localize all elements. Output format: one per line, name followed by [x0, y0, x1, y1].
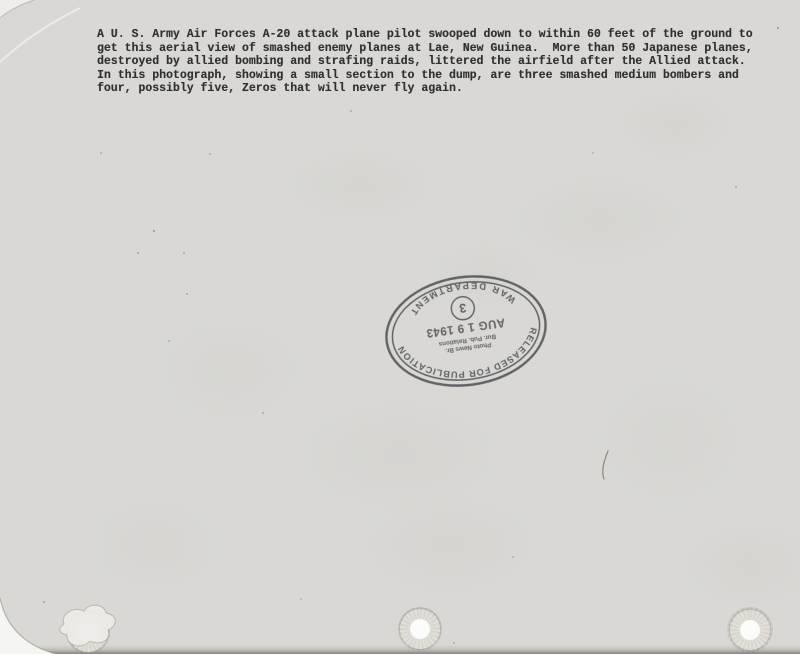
- bottom-edge-shadow: [0, 645, 800, 654]
- punch-hole-left: [66, 610, 110, 654]
- punch-hole-center: [398, 607, 442, 651]
- bottom-left-edge-line: [0, 598, 56, 654]
- paper-speck: [137, 252, 139, 254]
- paper-stain: [60, 470, 250, 620]
- paper-speck: [350, 110, 352, 112]
- paper-stain: [650, 500, 800, 630]
- bottom-left-edge-backing: [0, 598, 56, 654]
- paper-speck: [300, 598, 302, 600]
- paper-speck: [168, 340, 170, 342]
- punch-hole-right: [727, 607, 773, 653]
- stamp-ink: RELEASED FOR PUBLICATION WAR DEPARTMENT …: [379, 266, 552, 395]
- paper-stain: [250, 130, 470, 240]
- caption-line: four, possibly five, Zeros that will nev…: [97, 82, 753, 96]
- corner-curl-line: [0, 0, 34, 18]
- paper-speck: [262, 412, 264, 414]
- caption-line: get this aerial view of smashed enemy pl…: [97, 42, 753, 56]
- paper-speck: [183, 252, 185, 254]
- caption-line: In this photograph, showing a small sect…: [97, 69, 753, 83]
- corner-crease-line: [0, 8, 80, 62]
- stamp-number: 3: [458, 300, 467, 315]
- paper-speck: [777, 27, 779, 29]
- paper-stain: [120, 290, 340, 450]
- paper-speck: [100, 152, 102, 154]
- paper-speck: [209, 153, 211, 155]
- paper-speck: [153, 230, 155, 232]
- corner-curl-highlight: [0, 0, 34, 18]
- paper-speck: [592, 152, 594, 154]
- paper-speck: [186, 293, 188, 295]
- typed-caption: A U. S. Army Air Forces A-20 attack plan…: [97, 28, 753, 96]
- paper-speck: [735, 186, 737, 188]
- caption-line: A U. S. Army Air Forces A-20 attack plan…: [97, 28, 753, 42]
- photo-verso: A U. S. Army Air Forces A-20 attack plan…: [0, 0, 800, 654]
- paper-speck: [453, 642, 455, 644]
- paper-stain: [320, 470, 580, 620]
- war-department-stamp: RELEASED FOR PUBLICATION WAR DEPARTMENT …: [346, 236, 586, 425]
- pencil-mark: [603, 451, 608, 479]
- paper-speck: [43, 601, 45, 603]
- paper-stain: [560, 340, 780, 540]
- paper-speck: [512, 556, 514, 558]
- caption-line: destroyed by allied bombing and strafing…: [97, 55, 753, 69]
